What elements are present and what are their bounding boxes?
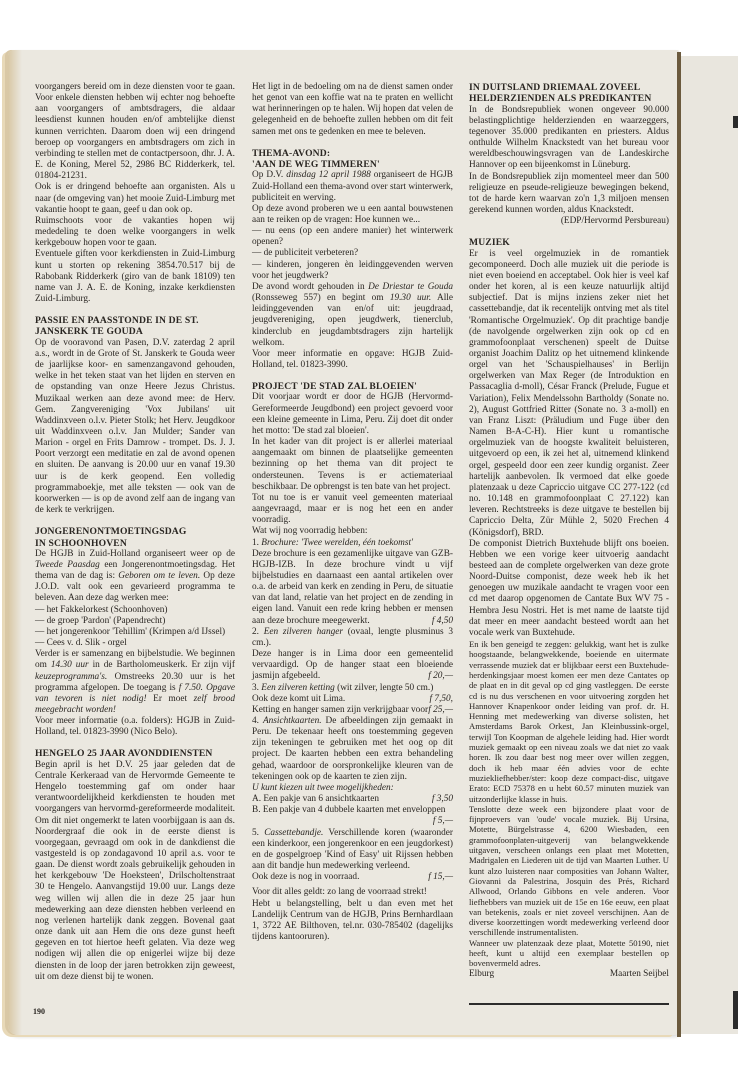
paragraph: De HGJB in Zuid-Holland organiseert weer… bbox=[35, 549, 235, 605]
heading-line: JONGERENONTMOETINGSDAG bbox=[35, 526, 187, 537]
list-item: — de groep 'Pardon' (Papendrecht) bbox=[35, 616, 235, 627]
page-number: 190 bbox=[33, 1007, 45, 1016]
paragraph: En ik ben geneigd te zeggen: gelukkig, w… bbox=[469, 639, 669, 804]
paragraph: In de Bondsrepubliek wonen ongeveer 90.0… bbox=[469, 105, 669, 172]
price: f 20,— bbox=[428, 671, 453, 682]
emphasis: Ansichtkaarten. bbox=[263, 716, 322, 726]
next-page-rule bbox=[733, 991, 738, 1029]
text: Er moet bbox=[147, 694, 194, 704]
paragraph: De avond wordt gehouden in De Driestar t… bbox=[252, 282, 453, 349]
option-line: B. Een pakje van 4 dubbele kaarten met e… bbox=[252, 805, 453, 816]
next-page-rule bbox=[733, 116, 738, 128]
price: f 15,— bbox=[428, 872, 453, 883]
item-title: 2. Een zilveren hanger (ovaal, lengte pl… bbox=[252, 627, 453, 649]
price: f 7,50, bbox=[429, 694, 453, 705]
text: 2. bbox=[252, 627, 264, 637]
paragraph: Voor meer informatie en opgave: HGJB Zui… bbox=[252, 349, 453, 371]
paragraph: Wanneer uw platenzaak deze plaat, Motett… bbox=[469, 938, 669, 969]
paragraph: Ook deze is nog in voorraad.f 15,— bbox=[252, 872, 453, 883]
paragraph: Verder is er samenzang en bijbelstudie. … bbox=[35, 649, 235, 716]
paragraph: Eventuele giften voor kerkdiensten in Zu… bbox=[35, 249, 235, 305]
text: 5. bbox=[252, 828, 264, 838]
column-left: voorgangers bereid om in deze diensten v… bbox=[35, 82, 235, 983]
item-title: 1. Brochure: 'Twee werelden, één toekoms… bbox=[252, 538, 453, 549]
text: (Ronsseweg 557) en begint om bbox=[252, 293, 390, 303]
article-heading-jongeren: JONGERENONTMOETINGSDAGIN SCHOONHOVEN bbox=[35, 526, 235, 549]
place: Elburg bbox=[469, 969, 494, 980]
text: 1. bbox=[252, 538, 261, 548]
paragraph: Ketting en hanger samen zijn verkrijgbaa… bbox=[252, 705, 453, 716]
paragraph: Dit voorjaar wordt er door de HGJB (Herv… bbox=[252, 392, 453, 437]
paragraph: De componist Dietrich Buxtehude blijft o… bbox=[469, 539, 669, 639]
emphasis: Geboren om te leven. bbox=[118, 571, 200, 581]
text: Deze brochure is een gezamenlijke uitgav… bbox=[252, 549, 453, 626]
emphasis: Tweede Paasdag bbox=[35, 560, 100, 570]
text: (wit zilver, lengte 50 cm.) bbox=[335, 683, 434, 693]
heading-line: 'AAN DE WEG TIMMEREN' bbox=[252, 159, 380, 170]
paragraph: Op D.V. dinsdag 12 april 1988 organiseer… bbox=[252, 170, 453, 203]
paragraph: In de Bondsrepubliek zijn momenteel meer… bbox=[469, 172, 669, 217]
paragraph: In het kader van dit project is er aller… bbox=[252, 437, 453, 493]
item-title: 3. Een zilveren ketting (wit zilver, len… bbox=[252, 683, 453, 694]
list-item: — nu eens (op een andere manier) het win… bbox=[252, 226, 453, 248]
paragraph: Ruimschoots voor de vakanties hopen wij … bbox=[35, 216, 235, 249]
price: f 5,— bbox=[433, 816, 453, 827]
text: 3. bbox=[252, 683, 261, 693]
list-item: — het jongerenkoor 'Tehillim' (Krimpen a… bbox=[35, 627, 235, 638]
emphasis: 14.30 uur bbox=[51, 660, 89, 670]
paragraph: Er is veel orgelmuziek in de romantiek g… bbox=[469, 249, 669, 539]
emphasis: Een zilveren hanger bbox=[264, 627, 343, 637]
text: Ook deze komt uit Lima. bbox=[252, 694, 345, 704]
paragraph: Ook deze komt uit Lima.f 7,50, bbox=[252, 694, 453, 705]
price: f 3,50 bbox=[432, 794, 453, 805]
next-page-edge bbox=[681, 56, 738, 1034]
paragraph: Op de vooravond van Pasen, D.V. zaterdag… bbox=[35, 338, 235, 517]
text: B. Een pakje van 4 dubbele kaarten met e… bbox=[252, 805, 445, 815]
emphasis: U kunt kiezen uit twee mogelijkheden: bbox=[252, 783, 394, 793]
paragraph: 5. Cassettebandje. Verschillende koren (… bbox=[252, 828, 453, 873]
paragraph: Tot nu toe is er vanuit veel gemeenten m… bbox=[252, 493, 453, 526]
article-heading-duitsland: IN DUITSLAND DRIEMAAL ZOVEEL HELDERZIEND… bbox=[469, 82, 669, 105]
text: Ketting en hanger samen zijn verkrijgbaa… bbox=[252, 705, 428, 715]
column-right: IN DUITSLAND DRIEMAAL ZOVEEL HELDERZIEND… bbox=[469, 82, 669, 980]
emphasis: Brochure: 'Twee werelden, één toekomst' bbox=[261, 538, 413, 548]
text: Deze hanger is in Lima door een gemeente… bbox=[252, 649, 453, 681]
column-middle: Het ligt in de bedoeling om na de dienst… bbox=[252, 82, 453, 943]
paragraph: U kunt kiezen uit twee mogelijkheden: bbox=[252, 783, 453, 794]
text: Op D.V. bbox=[252, 170, 286, 180]
list-item: — kinderen, jongeren èn leidinggevenden … bbox=[252, 260, 453, 282]
article-heading-passie: PASSIE EN PAASSTONDE IN DE ST. JANSKERK … bbox=[35, 315, 235, 338]
text: in de Bartholomeuskerk. Er zijn vijf bbox=[89, 660, 235, 670]
paragraph: Ook is er dringend behoefte aan organist… bbox=[35, 182, 235, 215]
paragraph: 4. Ansichtkaarten. De afbeeldingen zijn … bbox=[252, 716, 453, 783]
article-heading-thema: THEMA-AVOND:'AAN DE WEG TIMMEREN' bbox=[252, 148, 453, 171]
source-credit: (EDP/Hervormd Persbureau) bbox=[469, 216, 669, 227]
heading-line: THEMA-AVOND: bbox=[252, 148, 330, 159]
signature-line: ElburgMaarten Seijbel bbox=[469, 969, 669, 980]
emphasis: De Driestar te Gouda bbox=[368, 282, 453, 292]
list-item: — Cees v. d. Slik - orgel bbox=[35, 638, 235, 649]
text: Ook deze is nog in voorraad. bbox=[252, 872, 359, 882]
price: f 25,— bbox=[428, 705, 453, 716]
heading-line: IN SCHOONHOVEN bbox=[35, 538, 127, 549]
paragraph: Deze brochure is een gezamenlijke uitgav… bbox=[252, 549, 453, 627]
paragraph: voorgangers bereid om in deze diensten v… bbox=[35, 82, 235, 182]
emphasis: 19.30 uur. bbox=[390, 293, 431, 303]
paragraph: Deze hanger is in Lima door een gemeente… bbox=[252, 649, 453, 682]
emphasis: dinsdag 12 april 1988 bbox=[286, 170, 370, 180]
article-heading-hengelo: HENGELO 25 JAAR AVONDDIENSTEN bbox=[35, 748, 235, 759]
article-heading-muziek: MUZIEK bbox=[469, 237, 669, 248]
list-item: — de publiciteit verbeteren? bbox=[252, 248, 453, 259]
text: A. Een pakje van 6 ansichtkaarten bbox=[252, 794, 379, 804]
text: De HGJB in Zuid-Holland organiseert weer… bbox=[35, 549, 235, 559]
text: 4. bbox=[252, 716, 263, 726]
column-end-rule bbox=[469, 1003, 669, 1005]
emphasis: Een zilveren ketting bbox=[261, 683, 335, 693]
price: f 4,50 bbox=[432, 616, 453, 627]
text: De avond wordt gehouden in bbox=[252, 282, 368, 292]
paragraph: Wat wij nog voorradig hebben: bbox=[252, 526, 453, 537]
paragraph: Voor dit alles geldt: zo lang de voorraa… bbox=[252, 887, 453, 898]
list-item: — het Fakkelorkest (Schoonhoven) bbox=[35, 605, 235, 616]
emphasis: keuzeprogramma's. bbox=[35, 672, 107, 682]
author: Maarten Seijbel bbox=[610, 969, 669, 980]
paragraph: Het ligt in de bedoeling om na de dienst… bbox=[252, 82, 453, 138]
paragraph: Begin april is het D.V. 25 jaar geleden … bbox=[35, 760, 235, 983]
option-line: A. Een pakje van 6 ansichtkaartenf 3,50 bbox=[252, 794, 453, 805]
emphasis: Cassettebandje. bbox=[264, 828, 323, 838]
paragraph: Hebt u belangstelling, belt u dan even m… bbox=[252, 899, 453, 944]
paragraph: Voor meer informatie (o.a. folders): HGJ… bbox=[35, 716, 235, 738]
paragraph: Tenslotte deze week een bijzondere plaat… bbox=[469, 804, 669, 938]
article-heading-project: PROJECT 'DE STAD ZAL BLOEIEN' bbox=[252, 381, 453, 392]
paragraph: Op deze avond proberen we u een aantal b… bbox=[252, 204, 453, 226]
